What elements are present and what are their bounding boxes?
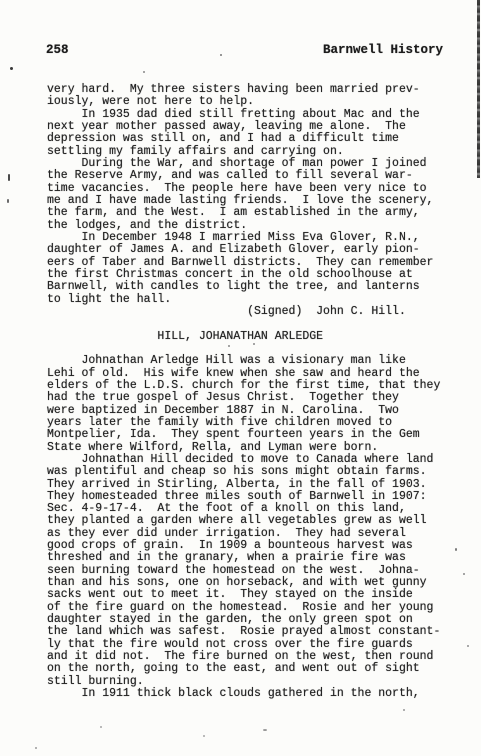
text-line: Barnwell, with candles to light the tree… bbox=[47, 281, 440, 293]
book-page: 258 Barnwell History very hard. My three… bbox=[0, 0, 481, 756]
scan-speck bbox=[10, 67, 13, 70]
scan-speck bbox=[7, 199, 9, 203]
scan-speck bbox=[8, 174, 10, 181]
scan-speck bbox=[220, 54, 222, 56]
text-line: were baptized in December 1887 in N. Car… bbox=[47, 405, 440, 417]
text-line: Johnathan Arledge Hill was a visionary m… bbox=[47, 355, 440, 367]
text-line: sacks went out to meet it. They stayed o… bbox=[47, 589, 440, 601]
text-line: depression was still on, and I had a dif… bbox=[47, 133, 440, 145]
scan-speck bbox=[467, 645, 469, 647]
scan-speck bbox=[455, 548, 457, 551]
signature-line: (Signed) John C. Hill. bbox=[47, 306, 440, 318]
scan-speck bbox=[403, 709, 405, 711]
scan-edge-artifact bbox=[477, 0, 480, 178]
text-line: In 1911 thick black clouds gathered in t… bbox=[47, 688, 440, 700]
text-line: State where Wilford, Rella, and Lyman we… bbox=[47, 442, 440, 454]
scan-speck bbox=[263, 729, 267, 731]
running-title: Barnwell History bbox=[323, 44, 443, 57]
scan-speck bbox=[463, 573, 465, 575]
text-line: Montpelier, Ida. They spent fourteen yea… bbox=[47, 429, 440, 441]
text-line: daughter of James A. and Elizabeth Glove… bbox=[47, 244, 440, 256]
text-line: the Reserve Army, and was called to fill… bbox=[47, 170, 440, 182]
blank-line bbox=[47, 318, 440, 330]
text-line: on the north, going to the east, and wen… bbox=[47, 663, 440, 675]
scan-speck bbox=[100, 726, 102, 728]
text-line: they planted a garden where all vegetabl… bbox=[47, 515, 440, 527]
text-line: was plentiful and cheap so his sons migh… bbox=[47, 466, 440, 478]
page-body: very hard. My three sisters having been … bbox=[47, 84, 440, 700]
scan-speck bbox=[143, 71, 145, 73]
section-heading: HILL, JOHANATHAN ARLEDGE bbox=[47, 331, 440, 343]
scan-speck bbox=[203, 735, 205, 737]
text-line: They arrived in Stirling, Alberta, in th… bbox=[47, 479, 440, 491]
text-line: had the true gospel of Jesus Christ. Tog… bbox=[47, 392, 440, 404]
scan-speck bbox=[228, 345, 230, 347]
text-line: the farm, and the West. I am established… bbox=[47, 207, 440, 219]
scan-speck bbox=[253, 343, 255, 345]
text-line: the land which was safest. Rosie prayed … bbox=[47, 626, 440, 638]
text-line: iously, were not here to help. bbox=[47, 96, 440, 108]
page-header: 258 Barnwell History bbox=[0, 44, 481, 57]
page-number: 258 bbox=[46, 44, 69, 57]
scan-speck bbox=[35, 747, 37, 749]
text-line: threshed and in the granary, when a prai… bbox=[47, 552, 440, 564]
